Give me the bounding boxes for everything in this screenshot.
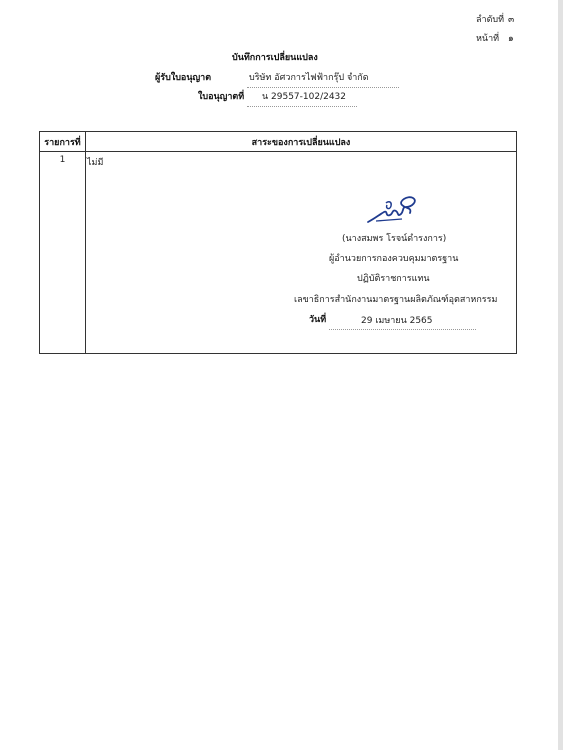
document-title: บันทึกการเปลี่ยนแปลง: [232, 52, 318, 64]
signatory-position: ผู้อำนวยการกองควบคุมมาตรฐาน: [329, 253, 458, 265]
document-page: ลำดับที่ ๓ หน้าที่ ๑ บันทึกการเปลี่ยนแปล…: [0, 0, 558, 750]
date-value: 29 เมษายน 2565: [361, 315, 433, 327]
column-header-item: รายการที่: [40, 132, 86, 152]
column-header-content: สาระของการเปลี่ยนแปลง: [86, 132, 517, 152]
license-label: ใบอนุญาตที่: [198, 91, 244, 103]
vertical-scrollbar[interactable]: [558, 0, 563, 750]
license-value: น 29557-102/2432: [262, 91, 346, 103]
row-item-number: 1: [40, 152, 86, 354]
license-dotted-line: [247, 106, 357, 107]
licensee-dotted-line: [247, 87, 399, 88]
date-label: วันที่: [309, 314, 326, 326]
sequence-value: ๓: [508, 14, 514, 26]
signatory-name: (นางสมพร โรจน์ดำรงการ): [342, 233, 446, 245]
date-dotted-line: [329, 329, 476, 330]
licensee-value: บริษัท อัศวการไฟฟ้ากรุ๊ป จำกัด: [249, 72, 369, 84]
page-value: ๑: [508, 33, 514, 45]
table-header-row: รายการที่ สาระของการเปลี่ยนแปลง: [40, 132, 517, 152]
acting-on-behalf: ปฏิบัติราชการแทน: [357, 273, 430, 285]
signature-icon: [362, 195, 422, 231]
secretary-general-title: เลขาธิการสำนักงานมาตรฐานผลิตภัณฑ์อุตสาหก…: [294, 294, 497, 306]
page-label: หน้าที่: [476, 33, 499, 45]
licensee-label: ผู้รับใบอนุญาต: [155, 72, 211, 84]
sequence-label: ลำดับที่: [476, 14, 504, 26]
